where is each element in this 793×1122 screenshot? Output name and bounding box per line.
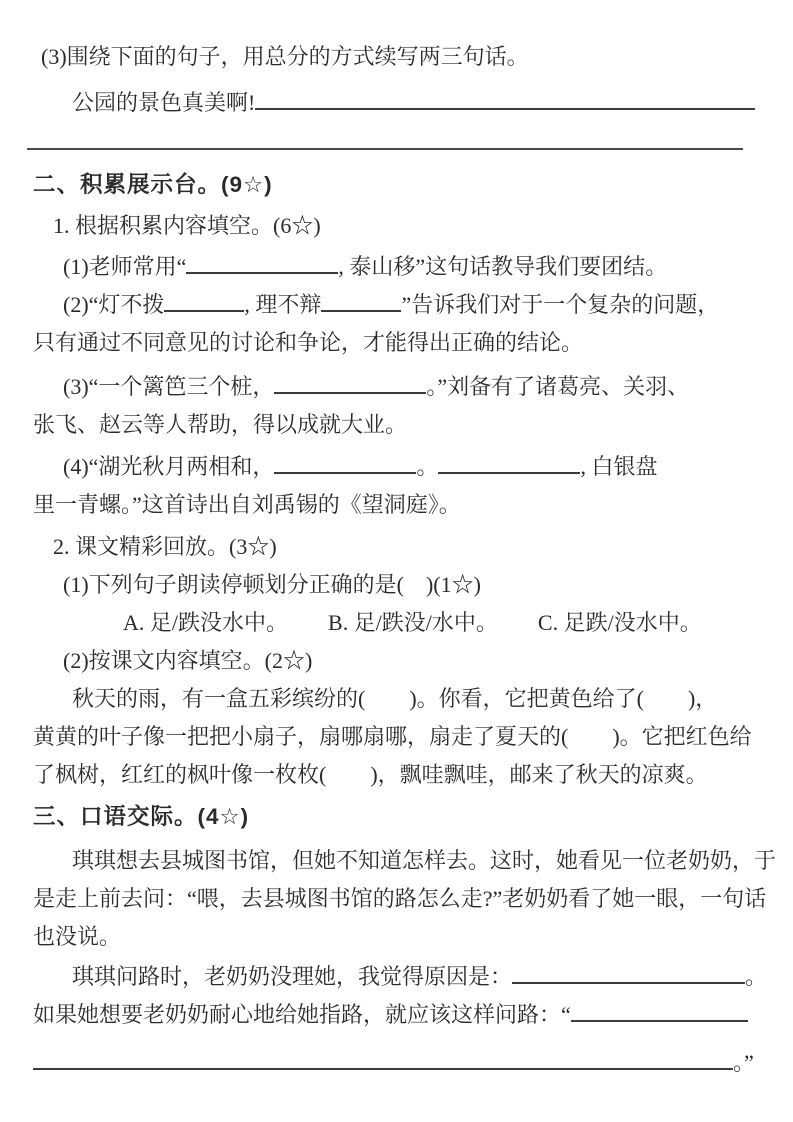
q2-1-item-2: (2)“灯不拨, 理不辩”告诉我们对于一个复杂的问题， bbox=[33, 286, 765, 324]
answer-blank[interactable] bbox=[321, 288, 401, 312]
worksheet-body: (3)围绕下面的句子，用总分的方式续写两三句话。公园的景色真美啊!二、积累展示台… bbox=[33, 38, 765, 1082]
answer-blank[interactable] bbox=[33, 1046, 733, 1070]
q2-2-title: 2. 课文精彩回放。(3☆) bbox=[33, 528, 765, 566]
text-run: 。”刘备有了诸葛亮、关羽、 bbox=[426, 374, 689, 399]
q2-1-item-4: (4)“湖光秋月两相和，。, 白银盘 bbox=[33, 448, 765, 486]
answer-blank[interactable] bbox=[274, 370, 426, 394]
q3-answer-ask-line-2: 。” bbox=[33, 1044, 765, 1082]
section-divider bbox=[27, 148, 743, 150]
answer-blank[interactable] bbox=[186, 250, 338, 274]
text-run: 是走上前去问：“喂，去县城图书馆的路怎么走?”老奶奶看了她一眼，一句话 bbox=[33, 886, 766, 911]
q2-2-item-2: (2)按课文内容填空。(2☆) bbox=[33, 642, 765, 680]
q2-1-title: 1. 根据积累内容填空。(6☆) bbox=[33, 207, 765, 245]
text-run: 了枫树，红红的枫叶像一枚枚( )，飘哇飘哇，邮来了秋天的凉爽。 bbox=[33, 762, 708, 787]
text-run: (4)“湖光秋月两相和， bbox=[63, 454, 274, 479]
spacer bbox=[498, 629, 538, 630]
text-run: (1)下列句子朗读停顿划分正确的是( )(1☆) bbox=[63, 572, 481, 597]
text-run: 琪琪想去县城图书馆，但她不知道怎样去。这时，她看见一位老奶奶，于 bbox=[72, 848, 776, 873]
text-run: 三、口语交际。(4☆) bbox=[33, 804, 249, 829]
text-run: (3)“一个篱笆三个桩， bbox=[63, 374, 274, 399]
answer-blank[interactable] bbox=[438, 450, 580, 474]
text-run: 1. 根据积累内容填空。(6☆) bbox=[53, 213, 321, 238]
text-run: ”告诉我们对于一个复杂的问题， bbox=[401, 292, 719, 317]
answer-blank[interactable] bbox=[274, 450, 416, 474]
q2-1-item-3: (3)“一个篱笆三个桩，。”刘备有了诸葛亮、关羽、 bbox=[33, 368, 765, 406]
text-run: 。” bbox=[733, 1050, 754, 1075]
q3-scenario-line-2: 是走上前去问：“喂，去县城图书馆的路怎么走?”老奶奶看了她一眼，一句话 bbox=[33, 880, 765, 918]
spacer bbox=[288, 629, 328, 630]
answer-blank[interactable] bbox=[571, 998, 748, 1022]
q2-2-options: A. 足/跌没水中。B. 足/跌没/水中。C. 足跌/没水中。 bbox=[33, 604, 765, 642]
q3-answer-ask-line-1: 如果她想要老奶奶耐心地给她指路，就应该这样问路：“ bbox=[33, 996, 765, 1034]
option-b: B. 足/跌没/水中。 bbox=[328, 610, 498, 635]
text-run: 里一青螺。”这首诗出自刘禹锡的《望洞庭》。 bbox=[33, 492, 461, 517]
text-run: 。 bbox=[416, 454, 438, 479]
text-run: 2. 课文精彩回放。(3☆) bbox=[53, 534, 277, 559]
q3-scenario-line-1: 琪琪想去县城图书馆，但她不知道怎样去。这时，她看见一位老奶奶，于 bbox=[33, 842, 765, 880]
text-run: 如果她想要老奶奶耐心地给她指路，就应该这样问路：“ bbox=[33, 1002, 571, 1027]
text-run: 只有通过不同意见的讨论和争论，才能得出正确的结论。 bbox=[33, 330, 583, 355]
text-run: 也没说。 bbox=[33, 924, 121, 949]
text-run: 琪琪问路时，老奶奶没理她，我觉得原因是： bbox=[72, 964, 512, 989]
option-a: A. 足/跌没水中。 bbox=[123, 610, 288, 635]
answer-blank[interactable] bbox=[512, 960, 745, 984]
text-run: 张飞、赵云等人帮助，得以成就大业。 bbox=[33, 412, 407, 437]
option-c: C. 足跌/没水中。 bbox=[538, 610, 702, 635]
text-run: , 白银盘 bbox=[580, 454, 657, 479]
text-run: 。 bbox=[745, 964, 767, 989]
q2-1-item-2-cont: 只有通过不同意见的讨论和争论，才能得出正确的结论。 bbox=[33, 324, 765, 362]
text-run: (3)围绕下面的句子，用总分的方式续写两三句话。 bbox=[41, 44, 529, 69]
text-run: , 理不辩 bbox=[244, 292, 321, 317]
text-run: , 泰山移”这句话教导我们要团结。 bbox=[338, 254, 667, 279]
text-run: (2)“灯不拨 bbox=[63, 292, 164, 317]
q2-1-item-3-cont: 张飞、赵云等人帮助，得以成就大业。 bbox=[33, 406, 765, 444]
worksheet-page: (3)围绕下面的句子，用总分的方式续写两三句话。公园的景色真美啊!二、积累展示台… bbox=[0, 0, 793, 1122]
q2-1-item-4-cont: 里一青螺。”这首诗出自刘禹锡的《望洞庭》。 bbox=[33, 486, 765, 524]
text-run: (1)老师常用“ bbox=[63, 254, 186, 279]
q2-2-passage-line-2: 黄黄的叶子像一把把小扇子，扇哪扇哪，扇走了夏天的( )。它把红色给 bbox=[33, 718, 765, 756]
answer-blank[interactable] bbox=[164, 288, 244, 312]
q2-2-passage-line-3: 了枫树，红红的枫叶像一枚枚( )，飘哇飘哇，邮来了秋天的凉爽。 bbox=[33, 756, 765, 794]
q3-answer-reason: 琪琪问路时，老奶奶没理她，我觉得原因是：。 bbox=[33, 958, 765, 996]
text-run: 二、积累展示台。(9☆) bbox=[33, 172, 273, 197]
item-3-prompt-sentence: 公园的景色真美啊! bbox=[33, 84, 765, 122]
section-2-heading: 二、积累展示台。(9☆) bbox=[33, 166, 765, 204]
answer-blank[interactable] bbox=[255, 86, 755, 110]
section-3-heading: 三、口语交际。(4☆) bbox=[33, 798, 765, 836]
text-run: 黄黄的叶子像一把把小扇子，扇哪扇哪，扇走了夏天的( )。它把红色给 bbox=[33, 724, 752, 749]
q2-2-passage-line-1: 秋天的雨，有一盒五彩缤纷的( )。你看，它把黄色给了( )， bbox=[33, 680, 765, 718]
q3-scenario-line-3: 也没说。 bbox=[33, 918, 765, 956]
item-3-instruction: (3)围绕下面的句子，用总分的方式续写两三句话。 bbox=[33, 38, 765, 76]
text-run: 公园的景色真美啊! bbox=[72, 90, 255, 115]
q2-1-item-1: (1)老师常用“, 泰山移”这句话教导我们要团结。 bbox=[33, 248, 765, 286]
q2-2-item-1: (1)下列句子朗读停顿划分正确的是( )(1☆) bbox=[33, 566, 765, 604]
text-run: (2)按课文内容填空。(2☆) bbox=[63, 648, 312, 673]
text-run: 秋天的雨，有一盒五彩缤纷的( )。你看，它把黄色给了( )， bbox=[72, 686, 717, 711]
